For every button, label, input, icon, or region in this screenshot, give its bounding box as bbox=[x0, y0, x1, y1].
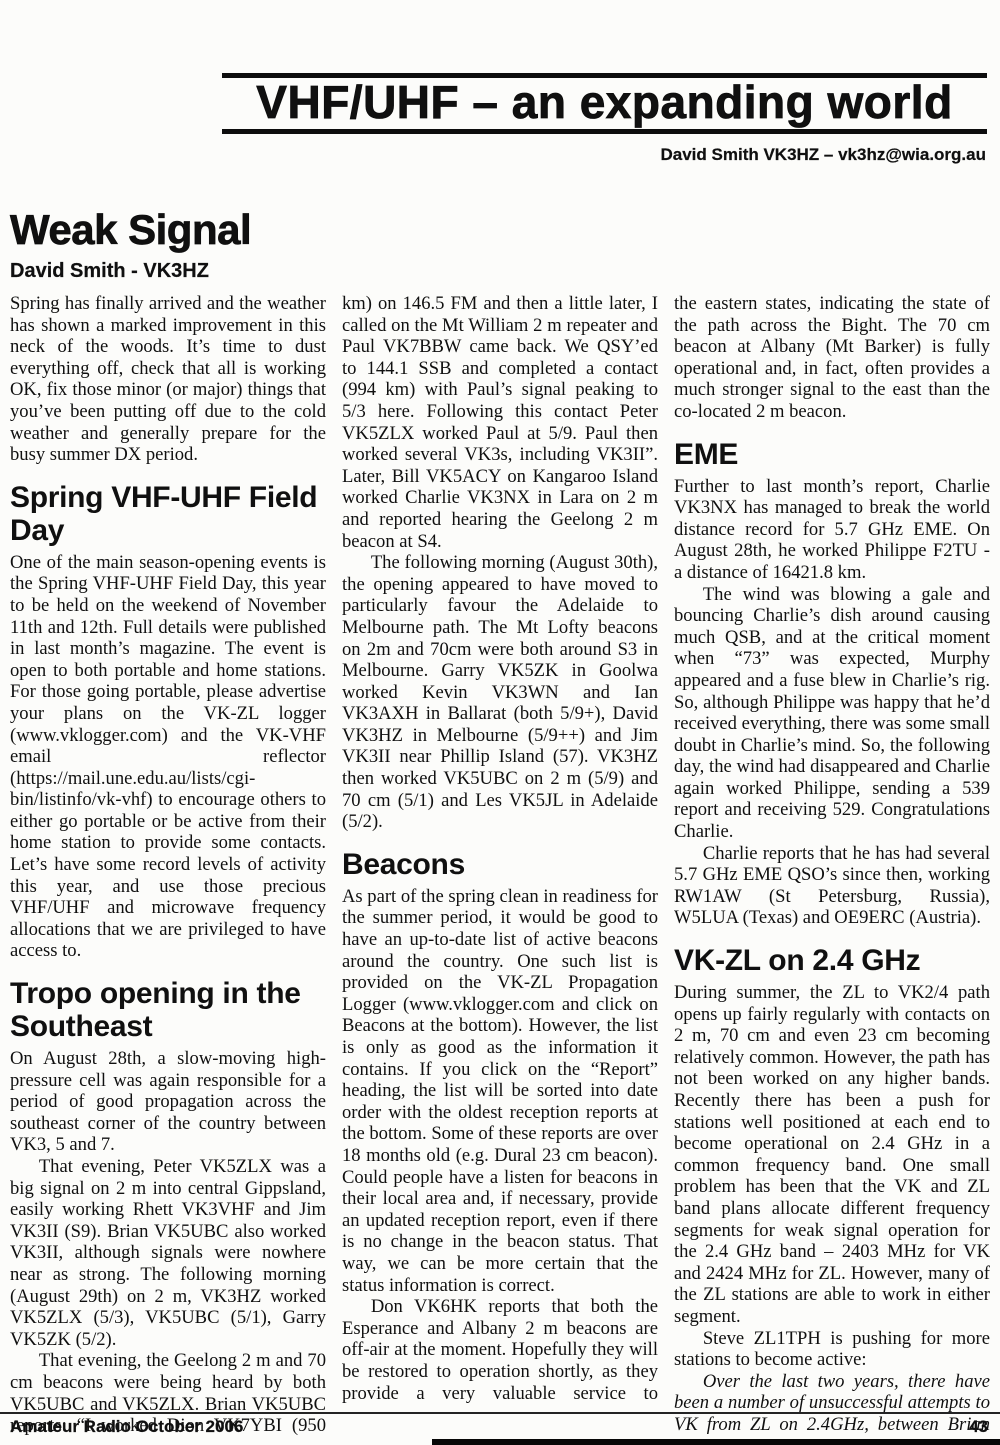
body-paragraph: The wind was blowing a gale and bouncing… bbox=[674, 584, 990, 843]
article-columns: Spring has finally arrived and the weath… bbox=[0, 293, 1000, 1437]
body-paragraph: The following morning (August 30th), the… bbox=[342, 552, 658, 833]
article-author: David Smith - VK3HZ bbox=[10, 260, 1000, 283]
footer-journal: Amateur Radio October 2006 bbox=[10, 1417, 243, 1437]
column-1: Spring has finally arrived and the weath… bbox=[10, 293, 326, 1437]
body-paragraph: km) on 146.5 FM and then a little later,… bbox=[342, 293, 658, 552]
section-heading: VK-ZL on 2.4 GHz bbox=[674, 944, 990, 977]
body-paragraph: During summer, the ZL to VK2/4 path open… bbox=[674, 982, 990, 1328]
body-paragraph: One of the main season-opening events is… bbox=[10, 552, 326, 962]
magazine-page: VHF/UHF – an expanding world David Smith… bbox=[0, 0, 1000, 1445]
masthead-title: VHF/UHF – an expanding world bbox=[224, 79, 985, 125]
body-paragraph: Charlie reports that he has had several … bbox=[674, 843, 990, 929]
footer-page-number: 43 bbox=[969, 1417, 988, 1437]
section-heading: EME bbox=[674, 438, 990, 471]
body-paragraph: Further to last month’s report, Charlie … bbox=[674, 476, 990, 584]
body-paragraph: As part of the spring clean in readiness… bbox=[342, 886, 658, 1296]
body-paragraph: Spring has finally arrived and the weath… bbox=[10, 293, 326, 466]
body-paragraph: Steve ZL1TPH is pushing for more station… bbox=[674, 1328, 990, 1371]
bottom-edge-bar bbox=[432, 1439, 1000, 1445]
section-heading: Beacons bbox=[342, 848, 658, 881]
body-paragraph: Don VK6HK reports that both the Esperanc… bbox=[342, 1296, 658, 1404]
body-paragraph: On August 28th, a slow-moving high-press… bbox=[10, 1048, 326, 1156]
article-title: Weak Signal bbox=[10, 209, 1000, 251]
column-2: km) on 146.5 FM and then a little later,… bbox=[342, 293, 658, 1437]
column-3: the eastern states, indicating the state… bbox=[674, 293, 990, 1437]
section-heading: Tropo opening in the Southeast bbox=[10, 977, 326, 1043]
section-heading: Spring VHF-UHF Field Day bbox=[10, 481, 326, 547]
column-masthead: VHF/UHF – an expanding world bbox=[222, 73, 987, 134]
body-paragraph: That evening, Peter VK5ZLX was a big sig… bbox=[10, 1156, 326, 1350]
byline: David Smith VK3HZ – vk3hz@wia.org.au bbox=[0, 145, 986, 165]
body-paragraph: the eastern states, indicating the state… bbox=[674, 293, 990, 423]
